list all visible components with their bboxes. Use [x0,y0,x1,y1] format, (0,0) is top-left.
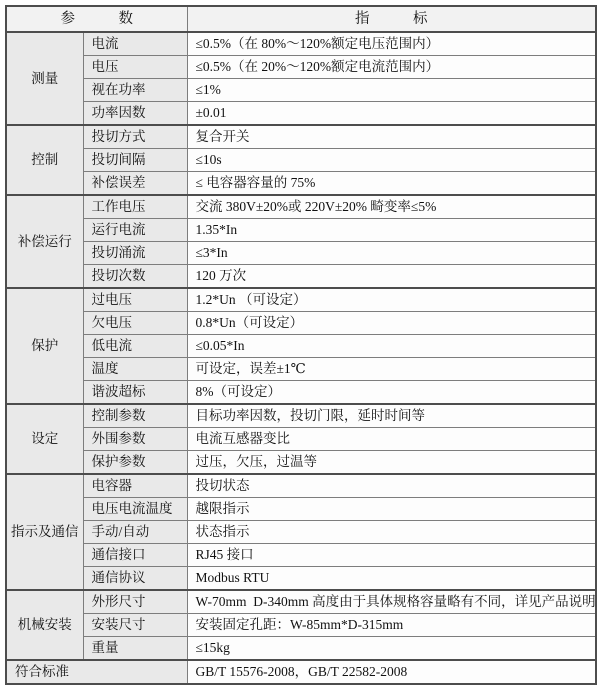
value-cell: 120 万次 [187,265,596,289]
header-cell-parameter: 参 数 [6,6,187,32]
param-cell: 外围参数 [83,428,187,451]
value-cell: RJ45 接口 [187,544,596,567]
table-row: 电压≤0.5%（在 20%～120%额定电流范围内） [6,56,596,79]
param-cell: 通信协议 [83,567,187,591]
table-row: 保护参数过压，欠压，过温等 [6,451,596,475]
param-cell: 谐波超标 [83,381,187,405]
table-row: 电压电流温度越限指示 [6,498,596,521]
spec-sheet-page: 参 数 指 标 测量电流≤0.5%（在 80%～120%额定电压范围内）电压≤0… [0,0,600,677]
param-cell: 补偿误差 [83,172,187,196]
table-row: 通信协议Modbus RTU [6,567,596,591]
param-cell: 控制参数 [83,404,187,428]
value-cell: 目标功率因数，投切门限，延时时间等 [187,404,596,428]
table-row: 设定控制参数目标功率因数，投切门限，延时时间等 [6,404,596,428]
param-cell: 投切间隔 [83,149,187,172]
param-cell: 投切方式 [83,125,187,149]
param-cell: 外形尺寸 [83,590,187,614]
value-cell: 投切状态 [187,474,596,498]
group-cell: 补偿运行 [6,195,83,288]
value-cell: ≤ 电容器容量的 75% [187,172,596,196]
value-cell: ≤10s [187,149,596,172]
value-cell: 可设定，误差±1℃ [187,358,596,381]
value-cell: ≤1% [187,79,596,102]
value-cell: ≤3*In [187,242,596,265]
param-cell: 电流 [83,32,187,56]
group-cell: 保护 [6,288,83,404]
value-cell: 1.2*Un （可设定） [187,288,596,312]
value-cell: ±0.01 [187,102,596,126]
table-row: 投切间隔≤10s [6,149,596,172]
param-cell: 投切涌流 [83,242,187,265]
table-row: 保护过电压1.2*Un （可设定） [6,288,596,312]
group-cell: 机械安装 [6,590,83,660]
group-cell: 设定 [6,404,83,474]
table-row: 外围参数电流互感器变比 [6,428,596,451]
spec-table: 参 数 指 标 测量电流≤0.5%（在 80%～120%额定电压范围内）电压≤0… [5,5,597,685]
value-cell: ≤0.5%（在 80%～120%额定电压范围内） [187,32,596,56]
value-cell: 越限指示 [187,498,596,521]
group-cell: 指示及通信 [6,474,83,590]
table-row: 补偿误差≤ 电容器容量的 75% [6,172,596,196]
table-row: 投切涌流≤3*In [6,242,596,265]
table-row: 功率因数±0.01 [6,102,596,126]
param-cell: 投切次数 [83,265,187,289]
param-cell: 功率因数 [83,102,187,126]
param-cell: 欠电压 [83,312,187,335]
footer-value-cell: GB/T 15576-2008，GB/T 22582-2008 [187,660,596,684]
param-cell: 手动/自动 [83,521,187,544]
table-row: 温度可设定，误差±1℃ [6,358,596,381]
spec-table-body: 测量电流≤0.5%（在 80%～120%额定电压范围内）电压≤0.5%（在 20… [6,32,596,684]
param-cell: 电容器 [83,474,187,498]
table-row: 指示及通信电容器投切状态 [6,474,596,498]
footer-row: 符合标准GB/T 15576-2008，GB/T 22582-2008 [6,660,596,684]
table-row: 机械安装外形尺寸W-70mm D-340mm 高度由于具体规格容量略有不同，详见… [6,590,596,614]
value-cell: ≤0.05*In [187,335,596,358]
table-row: 谐波超标8%（可设定） [6,381,596,405]
header-row: 参 数 指 标 [6,6,596,32]
value-cell: 电流互感器变比 [187,428,596,451]
footer-label-cell: 符合标准 [6,660,187,684]
table-row: 投切次数120 万次 [6,265,596,289]
header-cell-specification: 指 标 [187,6,596,32]
param-cell: 安装尺寸 [83,614,187,637]
value-cell: 状态指示 [187,521,596,544]
value-cell: 过压，欠压，过温等 [187,451,596,475]
value-cell: 交流 380V±20%或 220V±20% 畸变率≤5% [187,195,596,219]
value-cell: 复合开关 [187,125,596,149]
table-row: 运行电流1.35*In [6,219,596,242]
param-cell: 通信接口 [83,544,187,567]
param-cell: 工作电压 [83,195,187,219]
group-cell: 控制 [6,125,83,195]
table-row: 低电流≤0.05*In [6,335,596,358]
table-row: 欠电压0.8*Un（可设定） [6,312,596,335]
value-cell: 0.8*Un（可设定） [187,312,596,335]
value-cell: ≤15kg [187,637,596,661]
value-cell: 1.35*In [187,219,596,242]
table-row: 安装尺寸安装固定孔距：W-85mm*D-315mm [6,614,596,637]
param-cell: 运行电流 [83,219,187,242]
value-cell: 安装固定孔距：W-85mm*D-315mm [187,614,596,637]
param-cell: 温度 [83,358,187,381]
param-cell: 保护参数 [83,451,187,475]
table-row: 视在功率≤1% [6,79,596,102]
param-cell: 视在功率 [83,79,187,102]
table-row: 控制投切方式复合开关 [6,125,596,149]
table-row: 重量≤15kg [6,637,596,661]
param-cell: 电压 [83,56,187,79]
param-cell: 重量 [83,637,187,661]
param-cell: 电压电流温度 [83,498,187,521]
value-cell: ≤0.5%（在 20%～120%额定电流范围内） [187,56,596,79]
table-row: 测量电流≤0.5%（在 80%～120%额定电压范围内） [6,32,596,56]
value-cell: 8%（可设定） [187,381,596,405]
group-cell: 测量 [6,32,83,125]
param-cell: 过电压 [83,288,187,312]
value-cell: W-70mm D-340mm 高度由于具体规格容量略有不同，详见产品说明书 [187,590,596,614]
param-cell: 低电流 [83,335,187,358]
table-row: 通信接口RJ45 接口 [6,544,596,567]
table-row: 手动/自动状态指示 [6,521,596,544]
table-row: 补偿运行工作电压交流 380V±20%或 220V±20% 畸变率≤5% [6,195,596,219]
value-cell: Modbus RTU [187,567,596,591]
